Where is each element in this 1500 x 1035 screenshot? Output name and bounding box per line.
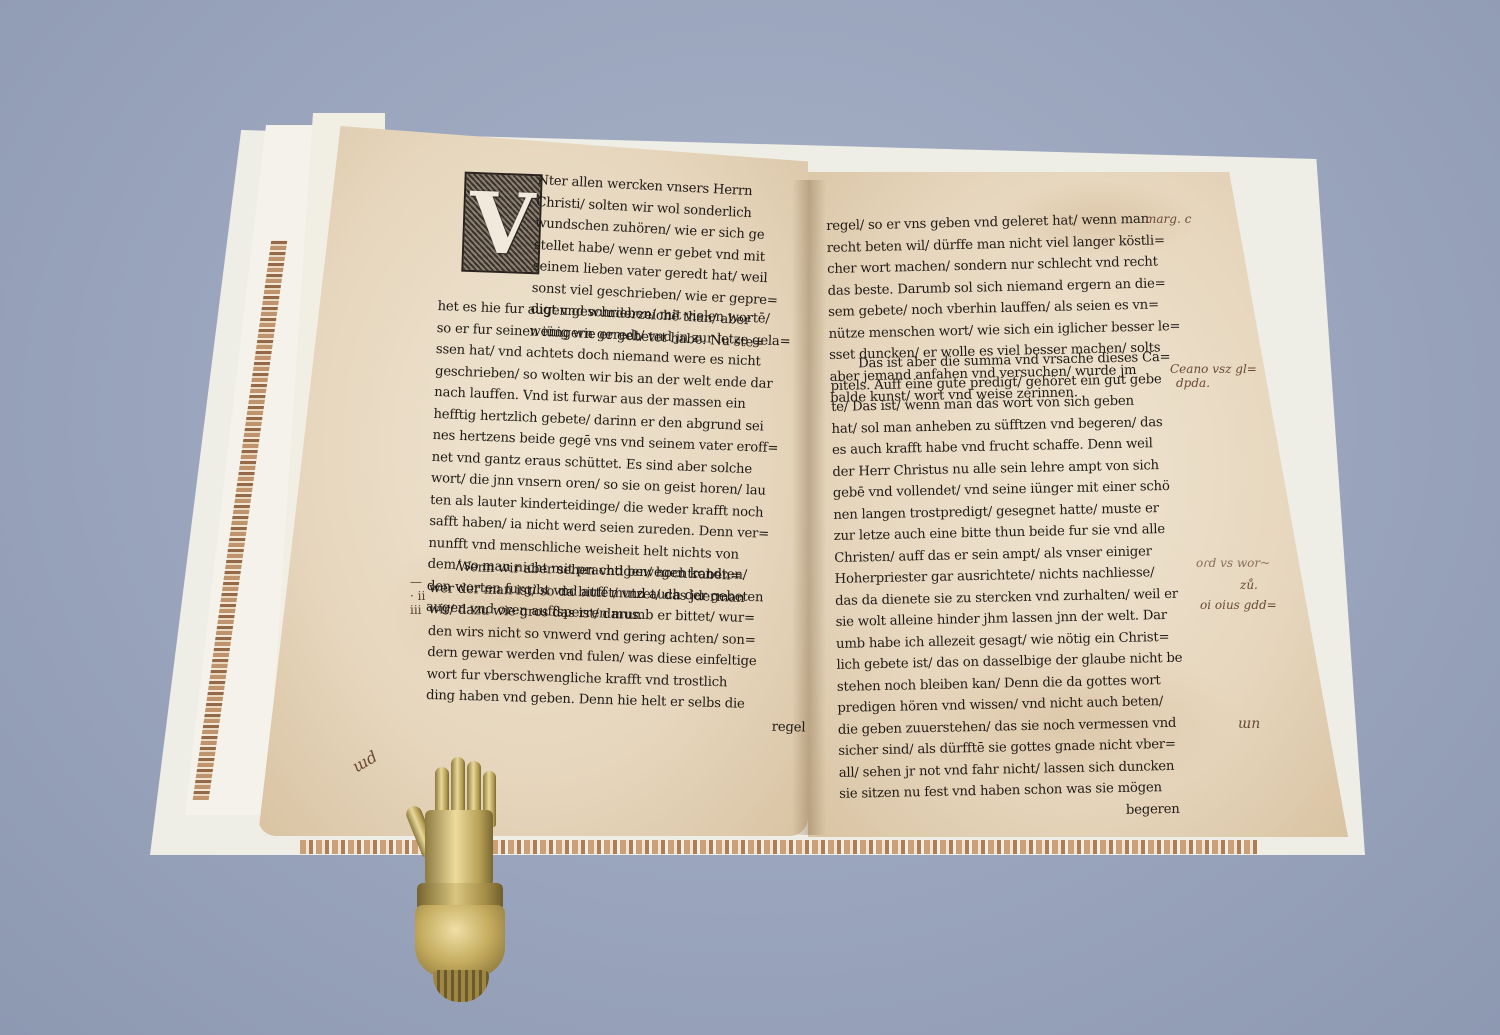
margin-mark: · ii [410,589,425,603]
brass-hand-clip-icon [405,755,515,1010]
marginalia-right: zů. [1240,578,1258,592]
margin-mark: — [410,575,425,589]
marginalia-right: marg. c [1145,212,1191,226]
margin-mark: iii [410,603,425,617]
clip-cuff-end [433,970,489,1002]
left-page-paragraph-2: Wenn wir aber sehen vnd bewegen kondten/… [425,556,810,739]
initial-letter: V [468,172,537,273]
margin-marks-left: — · ii iii [410,575,425,617]
clip-palm [425,810,493,890]
marginalia-right: dpda. [1176,376,1210,390]
marginalia-right: Ceano vsz gl= [1170,362,1257,376]
right-page-paragraph-2: Das ist aber die summa vnd vrsache diese… [830,347,1180,827]
decorated-initial: V [461,172,542,275]
photo-scene: V Nter allen wercken vnsers Herrn Christ… [0,0,1500,1035]
marginalia-right: oi oius gdd= [1200,598,1277,612]
marginalia-right: oɾd vs wor~ [1196,556,1270,570]
marginalia-right: ɯn [1238,716,1260,732]
clip-cuff [415,905,505,977]
